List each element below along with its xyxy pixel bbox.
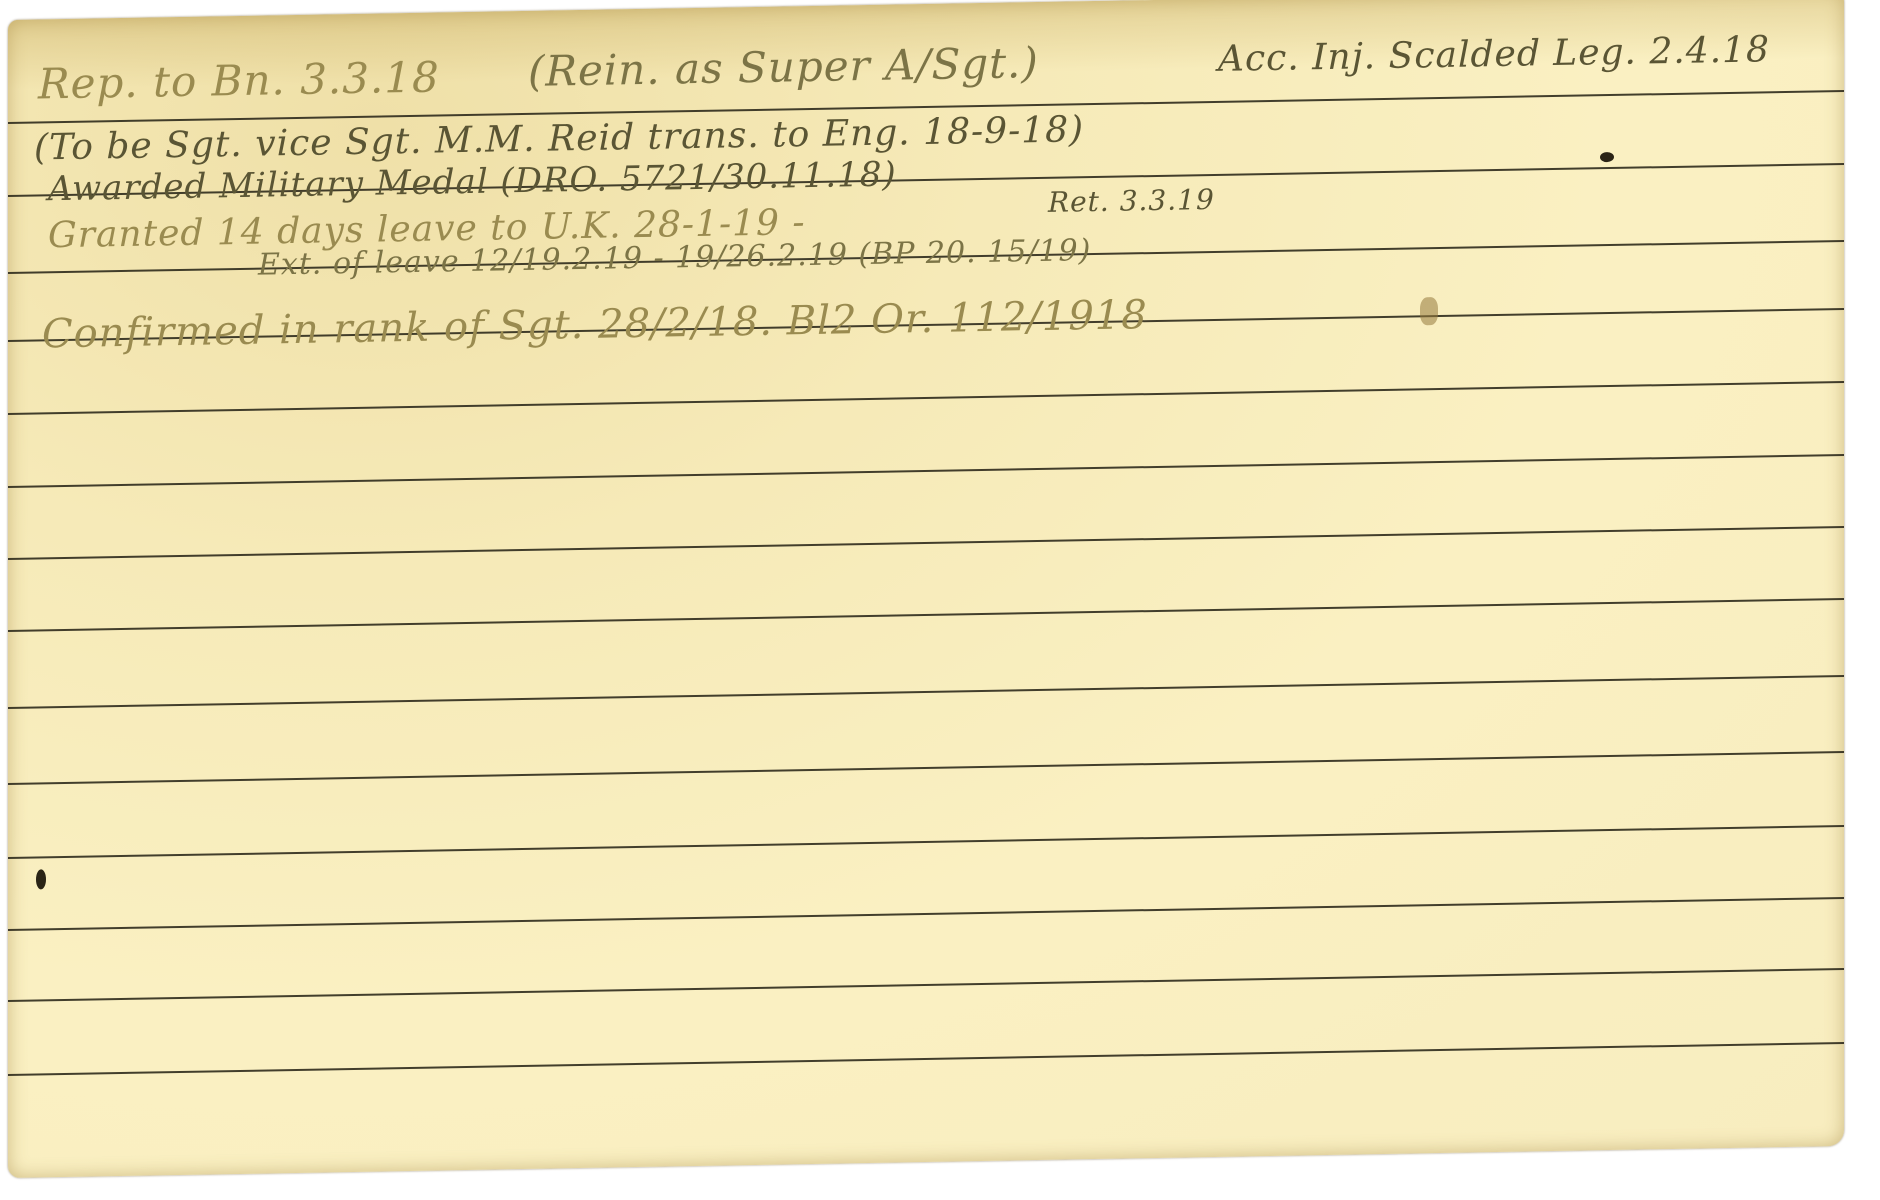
ink-blot (1600, 152, 1614, 162)
ruled-line (8, 751, 1844, 785)
record-card: Rep. to Bn. 3.3.18 (Rein. as Super A/Sgt… (8, 0, 1844, 1178)
ruled-line (8, 454, 1844, 488)
ruled-line (8, 825, 1844, 859)
ruled-line (8, 526, 1844, 560)
entry-accident-injury: Acc. Inj. Scalded Leg. 2.4.18 (1218, 29, 1770, 80)
entry-rejoined-battalion: Rep. to Bn. 3.3.18 (38, 52, 440, 108)
ruled-line (8, 675, 1844, 709)
entry-reinstated-super-asgt: (Rein. as Super A/Sgt.) (528, 38, 1039, 96)
ruled-line (8, 968, 1844, 1002)
ruled-line (8, 1042, 1844, 1076)
ruled-line (8, 598, 1844, 632)
entry-returned: Ret. 3.3.19 (1048, 183, 1215, 219)
entry-confirmed-rank: Confirmed in rank of Sgt. 28/2/18. Bl2 O… (42, 292, 1148, 357)
ink-blot (36, 869, 46, 889)
ruled-line (8, 381, 1844, 415)
ruled-line (8, 897, 1844, 931)
stain-mark (1420, 297, 1438, 325)
